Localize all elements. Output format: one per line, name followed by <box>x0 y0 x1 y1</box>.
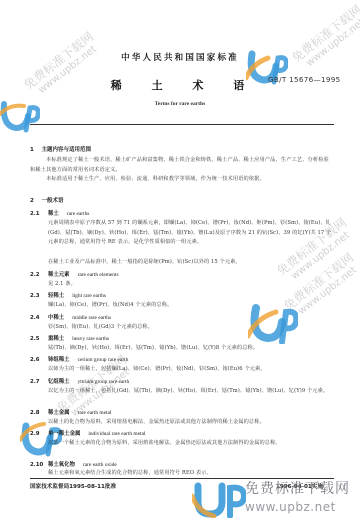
term-heading-2-9: 2.9单一稀土金属individual rare earth metal <box>30 429 145 437</box>
term-heading-2-3: 2.3轻稀土light rare earths <box>30 291 106 299</box>
national-standard-heading: 中华人民共和国国家标准 <box>0 51 360 63</box>
term-number: 2.1 <box>30 211 48 217</box>
term-body-2-4: 钐(Sm)、铕(Eu)、钆(Gd)3 个元素的总称。 <box>48 323 333 333</box>
term-number: 2.6 <box>30 357 48 363</box>
term-number: 2.2 <box>30 272 48 278</box>
watermark-text-top-right: 免费标准下载网 www.upbz.net <box>290 3 360 74</box>
section-title: 一般术语 <box>42 198 64 204</box>
header-divider <box>30 124 334 125</box>
term-zh: 重稀土 <box>48 336 64 342</box>
term-number: 2.5 <box>30 336 48 342</box>
up-logo-icon <box>192 482 246 518</box>
section-title: 主题内容与适用范围 <box>42 147 92 153</box>
watermark-site-name: 免费标准下载网 <box>245 478 350 498</box>
term-heading-2-4: 2.4中稀土middle rare earths <box>30 313 111 321</box>
term-en: cerium group rare earth <box>78 357 129 363</box>
term-heading-2-7: 2.7钇组稀土yttrium group rare earth <box>30 377 129 385</box>
watermark-bottom: 免费标准下载网 www.upbz.net <box>245 478 350 514</box>
section-1-paragraph-1: 本标准规定了稀土一般术语、稀土矿产品和富集物、稀土铁合金和铸铁、稀土产品、稀土应… <box>30 156 334 175</box>
term-body-2-1: 元素周期表中原子序数从 57 到 71 的镧系元素，即镧(La)、铈(Ce)、镨… <box>48 219 333 248</box>
section-number: 1 <box>30 147 34 153</box>
term-number: 2.9 <box>30 431 48 437</box>
term-zh: 稀土金属 <box>48 410 70 416</box>
section-heading-2: 2 一般术语 <box>30 196 64 204</box>
term-en: yttrium group rare earth <box>78 379 130 385</box>
term-body-2-2: 见 2.1 条。 <box>48 280 333 290</box>
section-number: 2 <box>30 198 34 204</box>
term-number: 2.3 <box>30 293 48 299</box>
term-en: rare earth metal <box>78 410 112 416</box>
approval-date: 国家技术监督局1995-08-11批准 <box>30 482 116 490</box>
term-zh: 中稀土 <box>48 315 64 321</box>
term-heading-2-10: 2.10稀土氧化物rare earth oxide <box>30 460 117 468</box>
term-en: individual rare earth metal <box>88 431 145 437</box>
term-zh: 稀土 <box>48 211 59 217</box>
term-body-2-1-note: 在稀土工业及产品标准中，稀土一般指的是除钷(Pm)、钪(Sc)以外的 15 个元… <box>48 258 333 268</box>
document-page: 免费标准下载网 www.upbz.net 免费标准下载网 www.upbz.ne… <box>0 0 360 521</box>
term-body-2-5: 铽(Tb)、镝(Dy)、钬(Ho)、铒(Er)、铥(Tm)、镱(Yb)、镥(Lu… <box>48 344 333 354</box>
term-body-2-3: 镧(La)、铈(Ce)、镨(Pr)、钕(Nd)4 个元素的总称。 <box>48 301 333 311</box>
term-en: heavy rare earths <box>72 336 109 342</box>
document-subtitle: Terms for rare earths <box>0 101 360 107</box>
term-body-2-9: 以某一个稀土元素的化合物为原料，采用熔盐电解法、金属热还原法或其他方法制得的金属… <box>48 439 333 449</box>
term-zh: 稀土元素 <box>48 272 70 278</box>
term-body-2-7: 以钇为主的一组稀土，包括钆(Gd)、铽(Tb)、镝(Dy)、钬(Ho)、铒(Er… <box>48 387 333 397</box>
term-heading-2-6: 2.6铈组稀土cerium group rare earth <box>30 355 128 363</box>
term-zh: 钇组稀土 <box>48 379 70 385</box>
term-number: 2.8 <box>30 410 48 416</box>
term-zh: 稀土氧化物 <box>48 462 75 468</box>
term-heading-2-2: 2.2稀土元素rare earth elements <box>30 270 119 278</box>
section-1-paragraph-2: 本标准适用于稀土生产、应用、检验、流通、科研和教学等领域，作为统一技术用语的依据… <box>30 175 334 185</box>
term-heading-2-8: 2.8稀土金属rare earth metal <box>30 408 111 416</box>
term-en: middle rare earths <box>72 315 111 321</box>
term-en: rare earths <box>67 211 90 217</box>
document-title: 稀 土 术 语 <box>0 77 360 93</box>
watermark-site-url: www.upbz.net <box>245 500 350 514</box>
term-number: 2.7 <box>30 379 48 385</box>
term-number: 2.4 <box>30 315 48 321</box>
term-en: rare earth elements <box>78 272 119 278</box>
term-zh: 单一稀土金属 <box>48 431 80 437</box>
term-body-2-6: 以铈为主的一组稀土，包括镧(La)、铈(Ce)、镨(Pr)、钕(Nd)、钐(Sm… <box>48 365 333 375</box>
term-heading-2-1: 2.1稀土rare earths <box>30 209 89 217</box>
term-en: rare earth oxide <box>83 462 117 468</box>
term-en: light rare earths <box>72 293 106 299</box>
term-number: 2.10 <box>30 462 48 468</box>
term-body-2-8: 以稀土的化合物为原料，采用熔盐电解法、金属热还原法或其他方法制得的稀土金属的总称… <box>48 418 333 428</box>
term-zh: 铈组稀土 <box>48 357 70 363</box>
term-heading-2-5: 2.5重稀土heavy rare earths <box>30 334 109 342</box>
section-heading-1: 1 主题内容与适用范围 <box>30 145 91 153</box>
term-zh: 轻稀土 <box>48 293 64 299</box>
